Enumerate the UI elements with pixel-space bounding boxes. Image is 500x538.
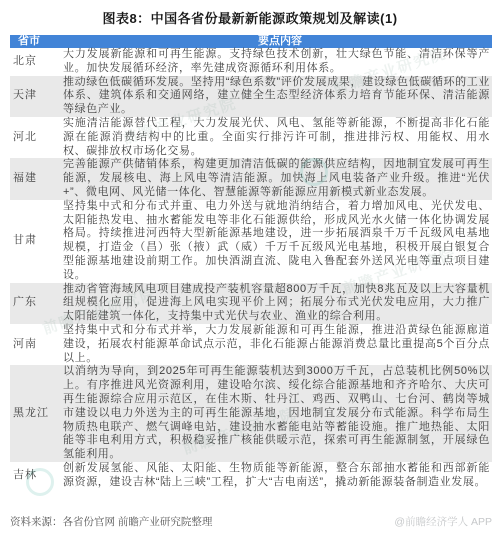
policy-table: 省市 要点内容 北京大力发展新能源和可再生能源。支持绿色技术创新，壮大绿色节能、… bbox=[10, 35, 492, 490]
table-header-row: 省市 要点内容 bbox=[10, 35, 492, 48]
source-note: 资料来源：各省份官网 前瞻产业研究院整理 bbox=[10, 514, 212, 529]
province-cell: 吉林 bbox=[10, 462, 63, 490]
province-cell: 河南 bbox=[10, 324, 63, 365]
province-cell: 甘肃 bbox=[10, 200, 63, 283]
policy-content-cell: 完善能源产供储销体系，构建更加清洁低碳的能源供应结构，因地制宜发展可再生能源，发… bbox=[63, 158, 492, 199]
table-row: 甘肃坚持集中式和分布式并重、电力外送与就地消纳结合，着力增加风电、光伏发电、太阳… bbox=[10, 200, 492, 283]
table-row: 河南坚持集中式和分布式并举，大力发展新能源和可再生能源，推进沿黄绿色能源廊道建设… bbox=[10, 324, 492, 365]
header-province: 省市 bbox=[10, 35, 68, 48]
policy-content-cell: 坚持集中式和分布式并举，大力发展新能源和可再生能源，推进沿黄绿色能源廊道建设，拓… bbox=[63, 324, 492, 365]
policy-content-cell: 推动省管海域风电项目建成投产装机容量超800万千瓦，加快8兆瓦及以上大容量机组规… bbox=[63, 283, 492, 324]
table-row: 河北实施清洁能源替代工程，大力发展光伏、风电、氢能等新能源，不断提高非化石能源在… bbox=[10, 117, 492, 158]
footer: 资料来源：各省份官网 前瞻产业研究院整理 @前瞻经济学人 APP bbox=[10, 514, 492, 529]
policy-content-cell: 推动绿色低碳循环发展。坚持用“绿色系数”评价发展成果，建设绿色低碳循环的工业体系… bbox=[63, 76, 492, 117]
table-row: 北京大力发展新能源和可再生能源。支持绿色技术创新，壮大绿色节能、清洁环保等产业。… bbox=[10, 48, 492, 76]
table-row: 福建完善能源产供储销体系，构建更加清洁低碳的能源供应结构，因地制宜发展可再生能源… bbox=[10, 158, 492, 199]
watermark-credit: @前瞻经济学人 APP bbox=[394, 514, 492, 529]
province-cell: 广东 bbox=[10, 283, 63, 324]
policy-content-cell: 创新发展氢能、风能、太阳能、生物质能等新能源，整合东部抽水蓄能和西部新能源资源，… bbox=[63, 462, 492, 490]
table-row: 吉林创新发展氢能、风能、太阳能、生物质能等新能源，整合东部抽水蓄能和西部新能源资… bbox=[10, 462, 492, 490]
province-cell: 黑龙江 bbox=[10, 365, 63, 462]
province-cell: 天津 bbox=[10, 76, 63, 117]
table-row: 黑龙江以消纳为导向，到2025年可再生能源装机达到3000万千瓦，占总装机比例5… bbox=[10, 365, 492, 462]
policy-content-cell: 坚持集中式和分布式并重、电力外送与就地消纳结合，着力增加风电、光伏发电、太阳能热… bbox=[63, 200, 492, 283]
table-row: 广东推动省管海域风电项目建成投产装机容量超800万千瓦，加快8兆瓦及以上大容量机… bbox=[10, 283, 492, 324]
header-key-content: 要点内容 bbox=[68, 35, 492, 48]
page-title: 图表8：中国各省份最新新能源政策规划及解读(1) bbox=[0, 0, 500, 27]
table-body: 北京大力发展新能源和可再生能源。支持绿色技术创新，壮大绿色节能、清洁环保等产业。… bbox=[10, 48, 492, 490]
province-cell: 河北 bbox=[10, 117, 63, 158]
policy-content-cell: 以消纳为导向，到2025年可再生能源装机达到3000万千瓦，占总装机比例50%以… bbox=[63, 365, 492, 462]
policy-content-cell: 实施清洁能源替代工程，大力发展光伏、风电、氢能等新能源，不断提高非化石能源在能源… bbox=[63, 117, 492, 158]
policy-content-cell: 大力发展新能源和可再生能源。支持绿色技术创新，壮大绿色节能、清洁环保等产业。加快… bbox=[63, 48, 492, 76]
table-row: 天津推动绿色低碳循环发展。坚持用“绿色系数”评价发展成果，建设绿色低碳循环的工业… bbox=[10, 76, 492, 117]
province-cell: 北京 bbox=[10, 48, 63, 76]
province-cell: 福建 bbox=[10, 158, 63, 199]
